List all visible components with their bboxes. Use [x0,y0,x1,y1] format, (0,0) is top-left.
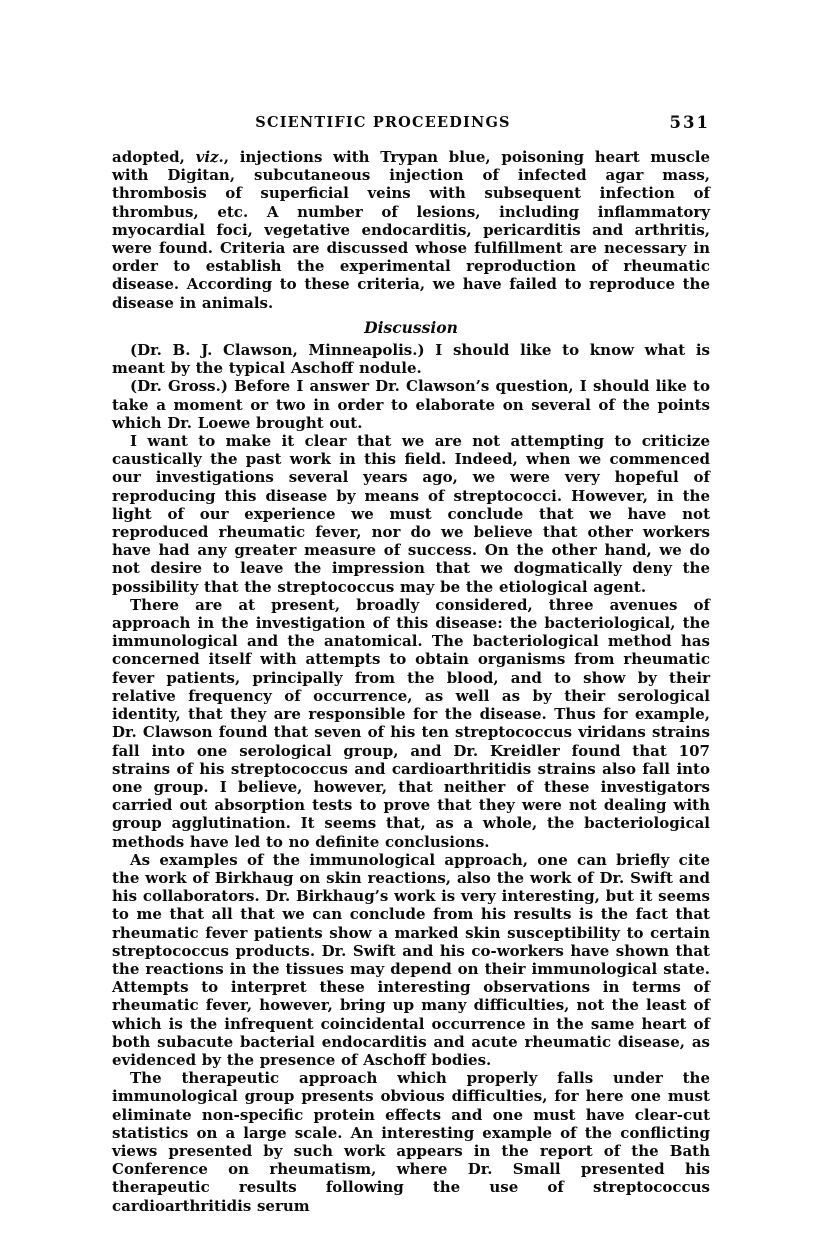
text-block: SCIENTIFIC PROCEEDINGS 531 adopted, viz.… [112,114,710,1215]
paragraph-therapeutic-approach: The therapeutic approach which properly … [112,1069,710,1215]
scanned-document-page: SCIENTIFIC PROCEEDINGS 531 adopted, viz.… [0,0,816,1234]
paragraph-immunological-approach: As examples of the immunological approac… [112,851,710,1069]
paragraph-clawson-question: (Dr. B. J. Clawson, Minneapolis.) I shou… [112,341,710,377]
paragraph-gross-intro: (Dr. Gross.) Before I answer Dr. Clawson… [112,377,710,432]
body-text: adopted, viz., injections with Trypan bl… [112,148,710,1215]
paragraph-three-avenues: There are at present, broadly considered… [112,596,710,851]
section-heading-discussion: Discussion [112,319,710,337]
page-number: 531 [670,113,710,132]
paragraph-not-criticizing: I want to make it clear that we are not … [112,432,710,596]
running-head: SCIENTIFIC PROCEEDINGS 531 [112,114,710,134]
paragraph-continuation: adopted, viz., injections with Trypan bl… [112,148,710,312]
continuation-text-after: , injections with Trypan blue, poisoning… [112,148,710,312]
continuation-text-before: adopted, [112,148,196,166]
running-head-title: SCIENTIFIC PROCEEDINGS [112,114,654,131]
viz-term: viz. [196,148,224,166]
